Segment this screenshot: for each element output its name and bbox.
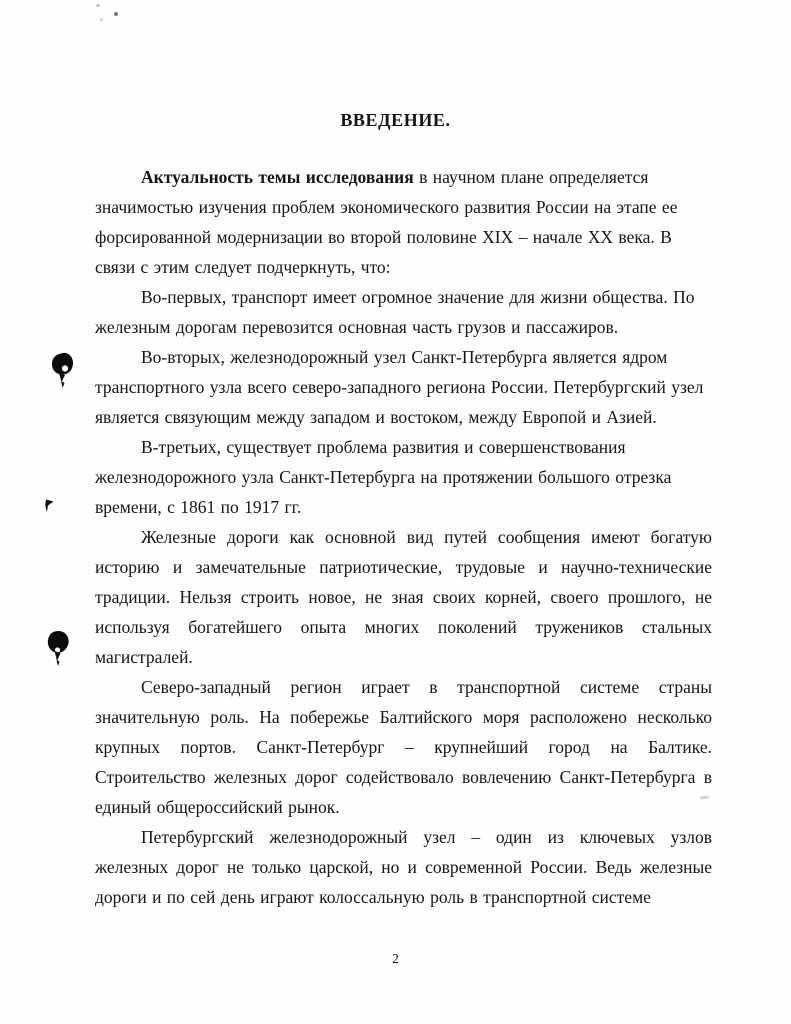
body-paragraph-railways-traditions: Железные дороги как основной вид путей с… — [95, 522, 712, 672]
scan-speck-artifact — [100, 18, 103, 21]
document-body: Актуальность темы исследования в научном… — [95, 162, 712, 912]
body-paragraph-petersburg-junction: Петербургский железнодорожный узел – оди… — [95, 822, 712, 912]
ink-blot-artifact-top — [50, 352, 76, 392]
scan-speck-artifact — [114, 12, 118, 16]
intro-paragraph-lead: Актуальность темы исследования — [141, 167, 414, 187]
intro-paragraph: Актуальность темы исследования в научном… — [95, 162, 712, 282]
page-number: 2 — [0, 951, 791, 967]
body-paragraph-northwest-region: Северо-западный регион играет в транспор… — [95, 672, 712, 822]
scanned-document-page: ВВЕДЕНИЕ. Актуальность темы исследования… — [0, 0, 791, 1024]
scan-speck-artifact — [96, 4, 100, 7]
page-title: ВВЕДЕНИЕ. — [0, 110, 791, 131]
body-paragraph-thirdly: В-третьих, существует проблема развития … — [95, 432, 712, 522]
body-paragraph-firstly: Во-первых, транспорт имеет огромное знач… — [95, 282, 712, 342]
ink-blot-artifact-bottom — [46, 630, 72, 670]
body-paragraph-secondly: Во-вторых, железнодорожный узел Санкт-Пе… — [95, 342, 712, 432]
margin-flag-mark — [42, 499, 55, 514]
